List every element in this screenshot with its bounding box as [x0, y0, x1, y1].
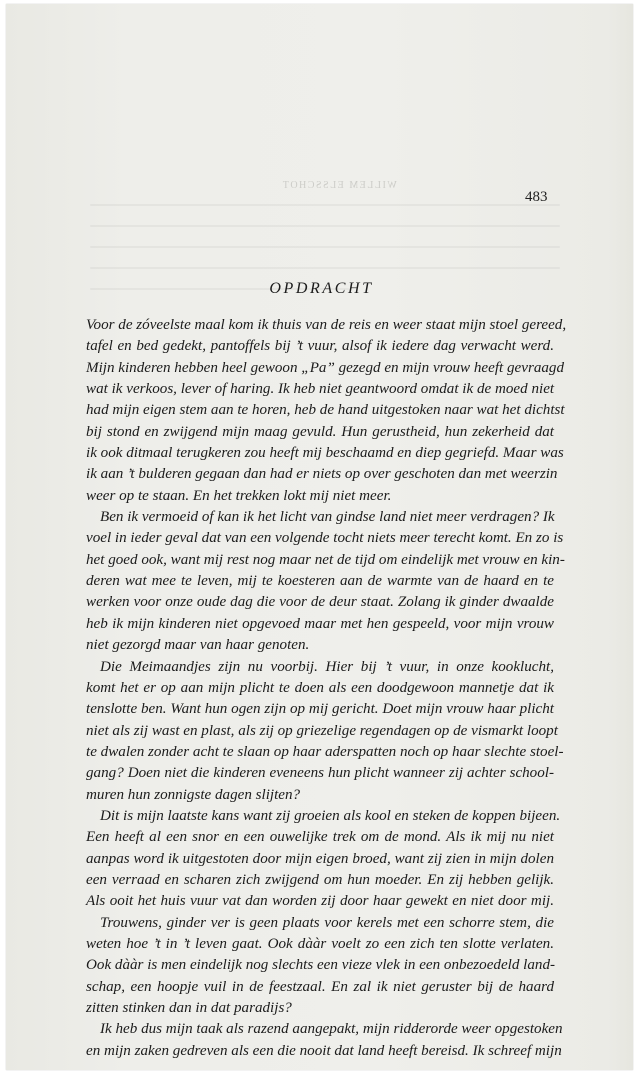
text-line: komt het er op aan mijn plicht te doen a…	[86, 678, 554, 699]
bleed-line	[90, 204, 560, 206]
bleed-line	[90, 267, 560, 269]
text-line: het goed ook, want mij rest nog maar net…	[86, 550, 554, 571]
page-number: 483	[525, 189, 548, 206]
text-line: bij stond en zwijgend mijn maag gevuld. …	[86, 422, 554, 443]
text-line: gang? Doen niet die kinderen eveneens hu…	[86, 763, 554, 784]
text-line: ik aan ’t bulderen gegaan dan had er nie…	[86, 464, 554, 485]
text-line: zitten stinken dan in dat paradijs?	[86, 998, 554, 1019]
text-line: ik ook ditmaal terugkeren zou heeft mij …	[86, 443, 554, 464]
text-line: Voor de zóveelste maal kom ik thuis van …	[86, 315, 554, 336]
text-line: Als ooit het huis vuur vat dan worden zi…	[86, 891, 554, 912]
text-line: had mijn eigen stem aan te horen, heb de…	[86, 400, 554, 421]
text-line: Ik heb dus mijn taak als razend aangepak…	[86, 1019, 554, 1040]
text-line: tafel en bed gedekt, pantoffels bij ’t v…	[86, 336, 554, 357]
bleed-through-running-header: WILLEM ELSSCHOT	[254, 180, 424, 191]
book-page: WILLEM ELSSCHOT 483 OPDRACHT Voor de zóv…	[6, 4, 633, 1070]
text-line: weer op te staan. En het trekken lokt mi…	[86, 486, 554, 507]
text-line: voel in ieder geval dat van een volgende…	[86, 528, 554, 549]
text-line: Mijn kinderen hebben heel gewoon „Pa” ge…	[86, 358, 554, 379]
body-text: Voor de zóveelste maal kom ik thuis van …	[86, 315, 554, 1062]
text-line: werken voor onze oude dag die voor de de…	[86, 592, 554, 613]
text-line: heb ik mijn kinderen niet opgevoed maar …	[86, 614, 554, 635]
text-line: schap, een hoopje vuil in de feestzaal. …	[86, 977, 554, 998]
text-line: en mijn zaken gedreven als een die nooit…	[86, 1041, 554, 1062]
text-line: Een heeft al een snor en een ouwelijke t…	[86, 827, 554, 848]
text-line: een verraad en scharen zich zwijgend om …	[86, 870, 554, 891]
text-line: niet als zij wast en plast, als zij op g…	[86, 721, 554, 742]
text-line: tenslotte ben. Want hun ogen zijn op mij…	[86, 699, 554, 720]
text-line: niet gezorgd maar van haar genoten.	[86, 635, 554, 656]
text-line: te dwalen zonder acht te slaan op haar a…	[86, 742, 554, 763]
text-line: Ben ik vermoeid of kan ik het licht van …	[86, 507, 554, 528]
text-line: weten hoe ’t in ’t leven gaat. Ook dààr …	[86, 934, 554, 955]
bleed-line	[90, 225, 560, 227]
text-line: Dit is mijn laatste kans want zij groeie…	[86, 806, 554, 827]
text-line: deren wat mee te leven, mij te koesteren…	[86, 571, 554, 592]
text-line: Ook dààr is men eindelijk nog slechts ee…	[86, 955, 554, 976]
text-line: wat ik verkoos, lever of haring. Ik heb …	[86, 379, 554, 400]
text-line: muren hun zonnigste dagen slijten?	[86, 785, 554, 806]
text-line: aanpas word ik uitgestoten door mijn eig…	[86, 849, 554, 870]
text-line: Trouwens, ginder ver is geen plaats voor…	[86, 913, 554, 934]
bleed-line	[90, 246, 560, 248]
chapter-title: OPDRACHT	[6, 280, 633, 298]
text-line: Die Meimaandjes zijn nu voorbij. Hier bi…	[86, 657, 554, 678]
